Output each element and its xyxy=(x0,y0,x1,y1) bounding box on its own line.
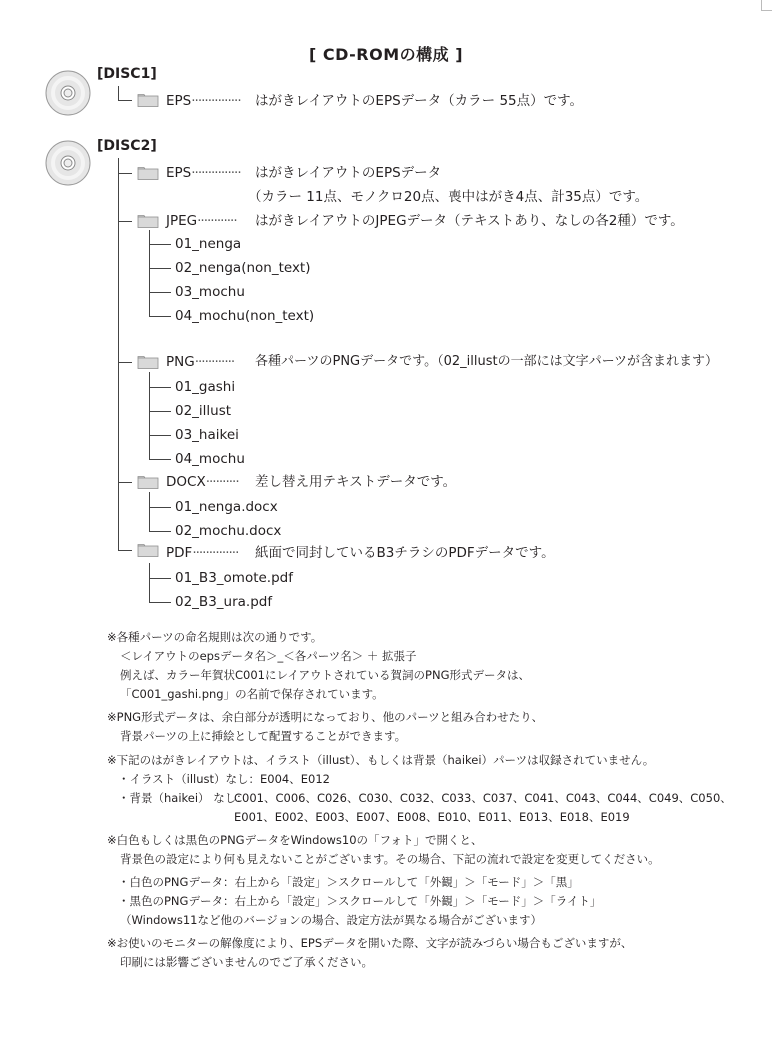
folder-name: DOCX xyxy=(166,474,206,490)
disc1-eps-folder[interactable]: EPS··············· xyxy=(166,92,241,110)
note-text: ＜レイアウトのepsデータ名＞_＜各パーツ名＞ ＋ 拡張子 xyxy=(120,648,417,664)
note-text: 「C001_gashi.png」の名前で保存されています。 xyxy=(120,686,384,702)
folder-icon xyxy=(137,214,159,228)
tree-line xyxy=(149,459,171,460)
folder-name: JPEG xyxy=(166,213,197,229)
leader-dots: ············ xyxy=(197,213,237,229)
pdf-item[interactable]: 02_B3_ura.pdf xyxy=(175,593,272,611)
disc2-pdf-folder[interactable]: PDF·············· xyxy=(166,544,238,562)
tree-line xyxy=(118,100,132,101)
docx-item[interactable]: 01_nenga.docx xyxy=(175,498,278,516)
page-title: [ CD-ROMの構成 ] xyxy=(0,42,772,65)
jpeg-item[interactable]: 02_nenga(non_text) xyxy=(175,259,311,277)
folder-icon xyxy=(137,355,159,369)
folder-icon xyxy=(137,543,159,557)
disc2-jpeg-folder[interactable]: JPEG············ xyxy=(166,212,237,230)
note-text: 背景色の設定により何も見えないことがございます。その場合、下記の流れで設定を変更… xyxy=(120,851,660,867)
tree-line xyxy=(118,158,119,550)
tree-line xyxy=(149,531,171,532)
note-text: 例えば、カラー年賀状C001にレイアウトされている賀詞のPNG形式データは、 xyxy=(120,667,530,683)
tree-line xyxy=(149,507,171,508)
png-item[interactable]: 02_illust xyxy=(175,402,231,420)
tree-line xyxy=(118,173,132,174)
note-text: 背景パーツの上に挿絵として配置することができます。 xyxy=(120,728,406,744)
folder-description: 紙面で同封しているB3チラシのPDFデータです。 xyxy=(255,544,555,562)
jpeg-item[interactable]: 01_nenga xyxy=(175,235,241,253)
disc2-png-folder[interactable]: PNG············ xyxy=(166,353,234,371)
disc2-docx-folder[interactable]: DOCX·········· xyxy=(166,473,239,491)
folder-icon xyxy=(137,93,159,107)
tree-line xyxy=(149,244,171,245)
tree-line xyxy=(149,316,171,317)
tree-line xyxy=(149,563,150,602)
leader-dots: ············ xyxy=(195,354,235,370)
tree-line xyxy=(149,292,171,293)
folder-description-cont: （カラー 11点、モノクロ20点、喪中はがき4点、計35点）です。 xyxy=(248,188,648,206)
note-monitor-resolution: ※お使いのモニターの解像度により、EPSデータを開いた際、文字が読みづらい場合も… xyxy=(107,935,632,951)
folder-name: PDF xyxy=(166,545,192,561)
folder-icon xyxy=(137,475,159,489)
leader-dots: ··············· xyxy=(191,93,240,109)
note-text: C001、C006、C026、C030、C032、C033、C037、C041、… xyxy=(234,790,732,806)
leader-dots: ·········· xyxy=(206,474,239,490)
folder-name: EPS xyxy=(166,93,191,109)
tree-line xyxy=(149,411,171,412)
jpeg-item[interactable]: 04_mochu(non_text) xyxy=(175,307,314,325)
note-text: ・イラスト（illust）なし：E004、E012 xyxy=(118,771,330,787)
folder-description: はがきレイアウトのJPEGデータ（テキストあり、なしの各2種）です。 xyxy=(255,212,684,230)
crop-mark xyxy=(761,0,772,11)
note-naming-rule: ※各種パーツの命名規則は次の通りです。 xyxy=(107,629,322,645)
cd-disc-icon xyxy=(45,70,91,116)
disc1-label: [DISC1] xyxy=(97,66,157,82)
leader-dots: ·············· xyxy=(192,545,238,561)
note-png-transparency: ※PNG形式データは、余白部分が透明になっており、他のパーツと組み合わせたり、 xyxy=(107,709,543,725)
tree-line xyxy=(118,86,119,100)
pdf-item[interactable]: 01_B3_omote.pdf xyxy=(175,569,293,587)
tree-line xyxy=(149,602,171,603)
png-item[interactable]: 03_haikei xyxy=(175,426,239,444)
folder-icon xyxy=(137,166,159,180)
note-text: 印刷には影響ございませんのでご了承ください。 xyxy=(120,954,373,970)
tree-line xyxy=(149,268,171,269)
note-text: E001、E002、E003、E007、E008、E010、E011、E013、… xyxy=(234,809,630,825)
tree-line xyxy=(149,230,150,316)
leader-dots: ··············· xyxy=(191,165,240,181)
note-text: ・背景（haikei） なし： xyxy=(118,790,248,806)
tree-line xyxy=(118,550,132,551)
folder-description: 各種パーツのPNGデータです。（02_illustの一部には文字パーツが含まれま… xyxy=(255,353,718,371)
tree-line xyxy=(149,492,150,531)
docx-item[interactable]: 02_mochu.docx xyxy=(175,522,281,540)
disc2-eps-folder[interactable]: EPS··············· xyxy=(166,164,241,182)
folder-name: EPS xyxy=(166,165,191,181)
png-item[interactable]: 01_gashi xyxy=(175,378,235,396)
folder-name: PNG xyxy=(166,354,195,370)
tree-line xyxy=(118,221,132,222)
note-text: ・白色のPNGデータ：右上から「設定」＞スクロールして「外観」＞「モード」＞「黒… xyxy=(118,874,579,890)
tree-line xyxy=(149,387,171,388)
folder-description: 差し替え用テキストデータです。 xyxy=(255,473,456,491)
folder-description: はがきレイアウトのEPSデータ（カラー 55点）です。 xyxy=(255,92,583,110)
note-windows-photos: ※白色もしくは黒色のPNGデータをWindows10の「フォト」で開くと、 xyxy=(107,832,482,848)
note-missing-parts: ※下記のはがきレイアウトは、イラスト（illust）、もしくは背景（haikei… xyxy=(107,752,654,768)
tree-line xyxy=(118,362,132,363)
tree-line xyxy=(118,482,132,483)
png-item[interactable]: 04_mochu xyxy=(175,450,245,468)
tree-line xyxy=(149,372,150,459)
tree-line xyxy=(149,435,171,436)
tree-line xyxy=(149,578,171,579)
note-text: ・黒色のPNGデータ：右上から「設定」＞スクロールして「外観」＞「モード」＞「ラ… xyxy=(118,893,601,909)
jpeg-item[interactable]: 03_mochu xyxy=(175,283,245,301)
cd-disc-icon xyxy=(45,140,91,186)
note-text: （Windows11など他のバージョンの場合、設定方法が異なる場合がございます） xyxy=(120,912,542,928)
disc2-label: [DISC2] xyxy=(97,138,157,154)
folder-description: はがきレイアウトのEPSデータ xyxy=(255,164,441,182)
